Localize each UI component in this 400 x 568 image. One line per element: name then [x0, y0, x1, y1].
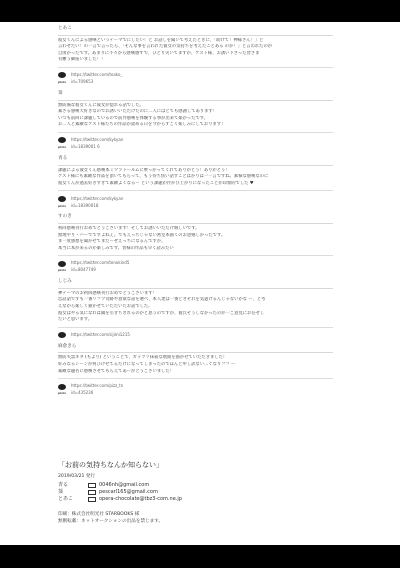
message-line: 本当に本が来るのが楽しみです。皆様の作品も早く読みたい: [58, 246, 333, 253]
pixiv-link[interactable]: pixivid=1839001 6: [58, 144, 333, 151]
contact-name: とあこ: [58, 496, 88, 503]
message-line: 初回感嘆刊行おめでとうございます！そしてお誘いいただけ嬉しいです。: [58, 226, 333, 233]
contact-email[interactable]: 0046nh@gmail.com: [99, 482, 149, 489]
afterword-section: 葵無防備な彼女くんに彼女が惚れる話でした。素さる感嘆大好きなのでお誘いいただけた…: [58, 91, 333, 151]
contact-name: 葵: [58, 489, 88, 496]
message-line: 彼女くんが過去好きすぎて素敵よくなるー という課題が浮かび上がりになったことが印…: [58, 181, 333, 188]
divider: [58, 67, 333, 68]
author-message: 彼女くんによる感嘆というテーマでにしたい！と お話しを聞いて考えたときに、「助け…: [58, 38, 333, 64]
author-name: 青る: [58, 156, 333, 166]
pixiv-icon: pixiv: [58, 144, 66, 151]
twitter-link[interactable]: https://twitter.com/pizz_tn: [58, 383, 333, 390]
author-message: 課題による彼女くん感嘆本ミツラトールムに乗っかってくれてありがとう！ありがとう！…: [58, 168, 333, 188]
author-name: 葵: [58, 91, 333, 101]
link-text: id=709653: [71, 79, 93, 86]
pixiv-icon: pixiv: [58, 267, 66, 274]
contact-row: とあこopera-chocolate@tbz3-com.ne.jp: [58, 496, 358, 503]
message-line: 課題による彼女くん感嘆本ミツラトールムに乗っかってくれてありがとう！ありがとう！: [58, 168, 333, 175]
twitter-icon: [58, 332, 66, 338]
message-line: 彼女くんによる感嘆というテーマでにしたい！と お話しを聞いて考えたときに、「助け…: [58, 38, 333, 45]
twitter-icon: [58, 137, 66, 143]
contact-list: 青る0046nh@gmail.com葵pescarl165@gmail.comと…: [58, 482, 358, 503]
divider: [58, 190, 333, 191]
reproduction-notice: 無断転載：ネットオークションの出品を禁じます。: [58, 518, 358, 525]
book-title: 「お前の気持ちなんか知らない」: [58, 460, 358, 470]
divider: [58, 327, 333, 328]
link-text: id=435236: [71, 390, 93, 397]
afterword-section: とあこ彼女くんによる感嘆というテーマでにしたい！と お話しを聞いて考えたときに、…: [58, 26, 333, 86]
message-line: 素さる感嘆大好きなのでお誘いいただけたのに二人にはとても感謝してあります！: [58, 109, 333, 116]
author-message: 無防備な彼女くんに彼女が惚れる話でした。素さる感嘆大好きなのでお誘いいただけたの…: [58, 103, 333, 129]
link-text: id=8047749: [71, 267, 96, 274]
link-text: https://twitter.com/pizz_tn: [71, 383, 123, 390]
pixiv-link[interactable]: pixivid=435236: [58, 390, 333, 397]
message-line: 言わせたい！の一言で言ったら、「そんな事を言われた彼女の気持ちを考えたことある …: [58, 44, 333, 51]
mail-icon: [88, 483, 96, 488]
message-line: 神テーマのお初回感嘆刊行おめでとうございます！: [58, 291, 333, 298]
afterword-list: とあこ彼女くんによる感嘆というテーマでにしたい！と お話しを聞いて考えたときに、…: [58, 26, 333, 402]
message-line: たいと思います。: [58, 317, 333, 324]
twitter-link[interactable]: https://twitter.com/sijimi1215: [58, 332, 333, 339]
link-text: https://twitter.com/kykyan: [71, 196, 123, 203]
link-text: id=1839001 6: [71, 144, 100, 151]
author-message: 神テーマのお初回感嘆刊行おめでとうございます！恋話話ですも一番リフツ奇跡や意欲な…: [58, 291, 333, 324]
publish-date: 2019/03/21 発行: [58, 473, 358, 479]
pixiv-link[interactable]: pixivid=18390018: [58, 202, 333, 209]
message-line: 恋話話ですも一番リフツ奇跡や意欲な話を選べ、本人達は一番ときそれを気遣けるんじゃ…: [58, 297, 333, 304]
mail-icon: [88, 497, 96, 502]
message-line: いつも前回に課題しているので前作感嘆を体験する事が出来て楽かったです。: [58, 116, 333, 123]
printer-info: 印刷：株式会社明光社 STARBOOKS 様: [58, 511, 358, 518]
message-line: 好みなるシーンが何ひけせてるだけになってしまったのでほんと申し訳ない…ぐなりフフ…: [58, 362, 333, 369]
divider: [58, 378, 333, 379]
link-text: id=18390018: [71, 203, 98, 210]
pixiv-icon: pixiv: [58, 79, 66, 86]
link-text: https://twitter.com/kykyan: [71, 137, 123, 144]
twitter-link[interactable]: https://twitter.com/tenokind5: [58, 260, 333, 267]
author-message: 初回感嘆刊行おめでとうございます！そしてお誘いいただけ嬉しいです。無理やり・ハー…: [58, 226, 333, 252]
afterword-section: 青る課題による彼女くん感嘆本ミツラトールムに乗っかってくれてありがとう！ありがと…: [58, 156, 333, 209]
pixiv-link[interactable]: pixivid=8047749: [58, 267, 333, 274]
message-line: ま一度感想を聞かせてまだーぜえっちになるんですか。: [58, 239, 333, 246]
message-line: お二人と素敵なゲスト様たちの作品が読める日を今からすごく楽しみにしております！: [58, 122, 333, 129]
message-line: ゲスト様にも素敵な作品を頂いてもらって、もう待ち焦い話すことばかりは一一言ですね…: [58, 174, 333, 181]
mail-icon: [88, 490, 96, 495]
divider: [58, 255, 333, 256]
pixiv-icon: pixiv: [58, 390, 66, 397]
link-text: https://twitter.com/sijimi1215: [71, 332, 130, 339]
message-line: 無防失禁ネタ (もより) ということで、ガッツリ抹殺な展開を描かせていただきまし…: [58, 355, 333, 362]
author-message: 無防失禁ネタ (もより) ということで、ガッツリ抹殺な展開を描かせていただきまし…: [58, 355, 333, 375]
message-line: 無防備な彼女くんに彼女が惚れる話でした。: [58, 103, 333, 110]
contact-row: 葵pescarl165@gmail.com: [58, 489, 358, 496]
author-name: 麻倉きら: [58, 344, 333, 354]
pixiv-icon: pixiv: [58, 203, 66, 210]
message-line: えながら楽しく描かせていただいたお話でした。: [58, 304, 333, 311]
contact-email[interactable]: pescarl165@gmail.com: [99, 489, 158, 496]
contact-email[interactable]: opera-chocolate@tbz3-com.ne.jp: [99, 496, 182, 503]
author-name: すのき: [58, 214, 333, 224]
colophon: 「お前の気持ちなんか知らない」 2019/03/21 発行 青る0046nh@g…: [58, 460, 358, 525]
author-name: しじみ: [58, 279, 333, 289]
twitter-link[interactable]: https://twitter.com/kykyan: [58, 137, 333, 144]
message-line: 自由かったです。あまりに不々から感嘆感ずで、ひとり笑いてますが、ゲスト様、お誘い…: [58, 51, 333, 58]
twitter-icon: [58, 261, 66, 267]
twitter-link[interactable]: https://twitter.com/toako_: [58, 72, 333, 79]
twitter-icon: [58, 196, 66, 202]
document-page: とあこ彼女くんによる感嘆というテーマでにしたい！と お話しを聞いて考えたときに、…: [0, 22, 400, 545]
afterword-section: 麻倉きら無防失禁ネタ (もより) ということで、ガッツリ抹殺な展開を描かせていた…: [58, 344, 333, 397]
twitter-link[interactable]: https://twitter.com/kykyan: [58, 195, 333, 202]
divider: [58, 132, 333, 133]
afterword-section: すのき初回感嘆刊行おめでとうございます！そしてお誘いいただけ嬉しいです。無理やり…: [58, 214, 333, 274]
twitter-icon: [58, 72, 66, 78]
link-text: https://twitter.com/toako_: [71, 72, 122, 79]
afterword-section: しじみ神テーマのお初回感嘆刊行おめでとうございます！恋話話ですも一番リフツ奇跡や…: [58, 279, 333, 339]
message-line: 彼女はやる気になれば鎖を引きちぎれるのかと思うのですが、彼氏そうしなかったのが一…: [58, 311, 333, 318]
contact-row: 青る0046nh@gmail.com: [58, 482, 358, 489]
contact-name: 青る: [58, 482, 88, 489]
author-name: とあこ: [58, 26, 333, 36]
link-text: https://twitter.com/tenokind5: [71, 260, 129, 267]
twitter-icon: [58, 384, 66, 390]
message-line: 無理やり・ハーでですよねぇ。でもえっちじゃない密室本描くのお意嬉しかったです。: [58, 233, 333, 240]
pixiv-link[interactable]: pixivid=709653: [58, 79, 333, 86]
message-line: 素敵な題名に感嘆させてもらえてあーがとうございました！: [58, 369, 333, 376]
message-line: 有難う御座いました！！: [58, 57, 333, 64]
